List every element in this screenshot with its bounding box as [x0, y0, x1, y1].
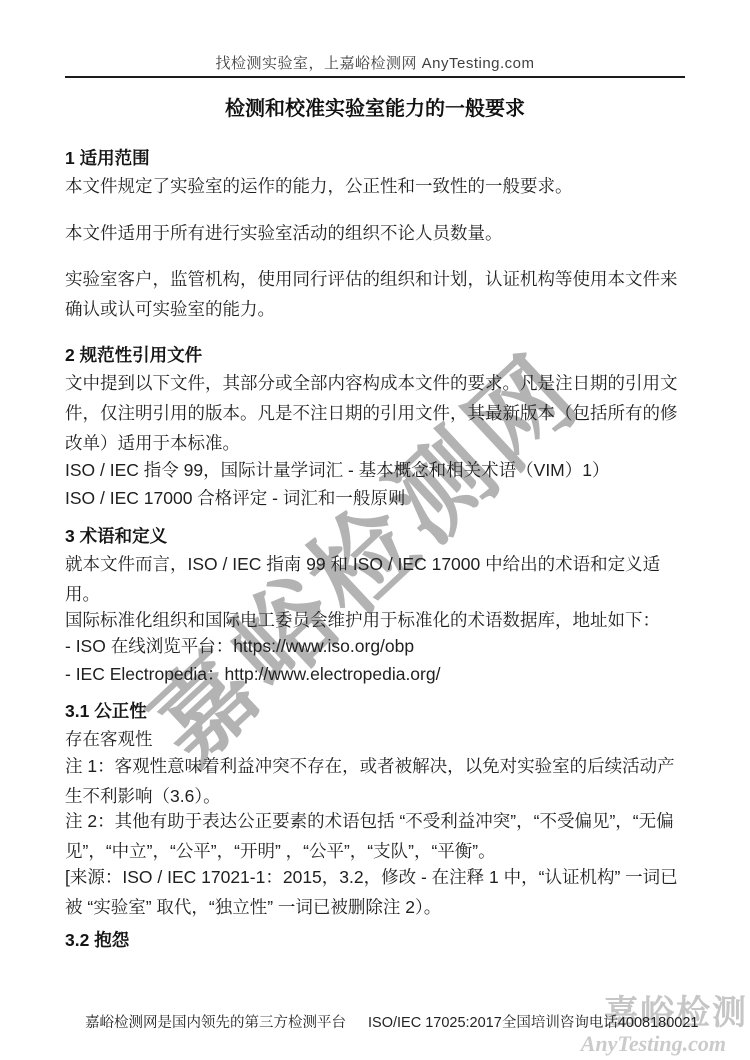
- footer-left-text: 嘉峪检测网是国内领先的第三方检测平台: [85, 1011, 346, 1032]
- section-1-paragraph-2: 本文件适用于所有进行实验室活动的组织不论人员数量。: [65, 218, 685, 248]
- section-3-1-note-2: 注 2：其他有助于表达公正要素的术语包括 “不受利益冲突”，“不受偏见”，“无偏…: [65, 806, 685, 866]
- document-page: 嘉峪检测网 嘉峪检测网 AnyTesting.com 找检测实验室，上嘉峪检测网…: [0, 0, 750, 1060]
- section-3-paragraph-1: 就本文件而言，ISO / IEC 指南 99 和 ISO / IEC 17000…: [65, 549, 685, 609]
- section-2-reference-2: ISO / IEC 17000 合格评定 - 词汇和一般原则: [65, 483, 685, 513]
- section-3-heading: 3 术语和定义: [65, 525, 685, 547]
- section-1-heading: 1 适用范围: [65, 147, 685, 169]
- footer-right-text: ISO/IEC 17025:2017全国培训咨询电话4008180021: [368, 1011, 698, 1032]
- section-3-1-source: [来源：ISO / IEC 17021-1：2015，3.2，修改 - 在注释 …: [65, 862, 685, 922]
- section-2-reference-1: ISO / IEC 指令 99，国际计量学词汇 - 基本概念和相关术语（VIM）…: [65, 455, 685, 485]
- header-divider: [65, 76, 685, 78]
- section-3-1-paragraph-1: 存在客观性: [65, 724, 685, 754]
- section-1-paragraph-3: 实验室客户，监管机构，使用同行评估的组织和计划，认证机构等使用本文件来确认或认可…: [65, 264, 685, 324]
- section-1-paragraph-1: 本文件规定了实验室的运作的能力，公正性和一致性的一般要求。: [65, 171, 685, 201]
- section-3-link-iso: - ISO 在线浏览平台：https://www.iso.org/obp: [65, 631, 685, 661]
- section-2-paragraph-1: 文中提到以下文件，其部分或全部内容构成本文件的要求。凡是注日期的引用文件，仅注明…: [65, 368, 685, 458]
- section-3-1-note-1: 注 1：客观性意味着利益冲突不存在，或者被解决，以免对实验室的后续活动产生不利影…: [65, 751, 685, 811]
- section-3-link-iec: - IEC Electropedia：http://www.electroped…: [65, 659, 685, 689]
- page-title: 检测和校准实验室能力的一般要求: [0, 92, 750, 121]
- content-layer: 找检测实验室，上嘉峪检测网 AnyTesting.com 检测和校准实验室能力的…: [0, 0, 750, 1060]
- section-2-heading: 2 规范性引用文件: [65, 344, 685, 366]
- site-header-text: 找检测实验室，上嘉峪检测网 AnyTesting.com: [0, 52, 750, 73]
- section-3-1-heading: 3.1 公正性: [65, 700, 685, 722]
- section-3-2-heading: 3.2 抱怨: [65, 929, 685, 951]
